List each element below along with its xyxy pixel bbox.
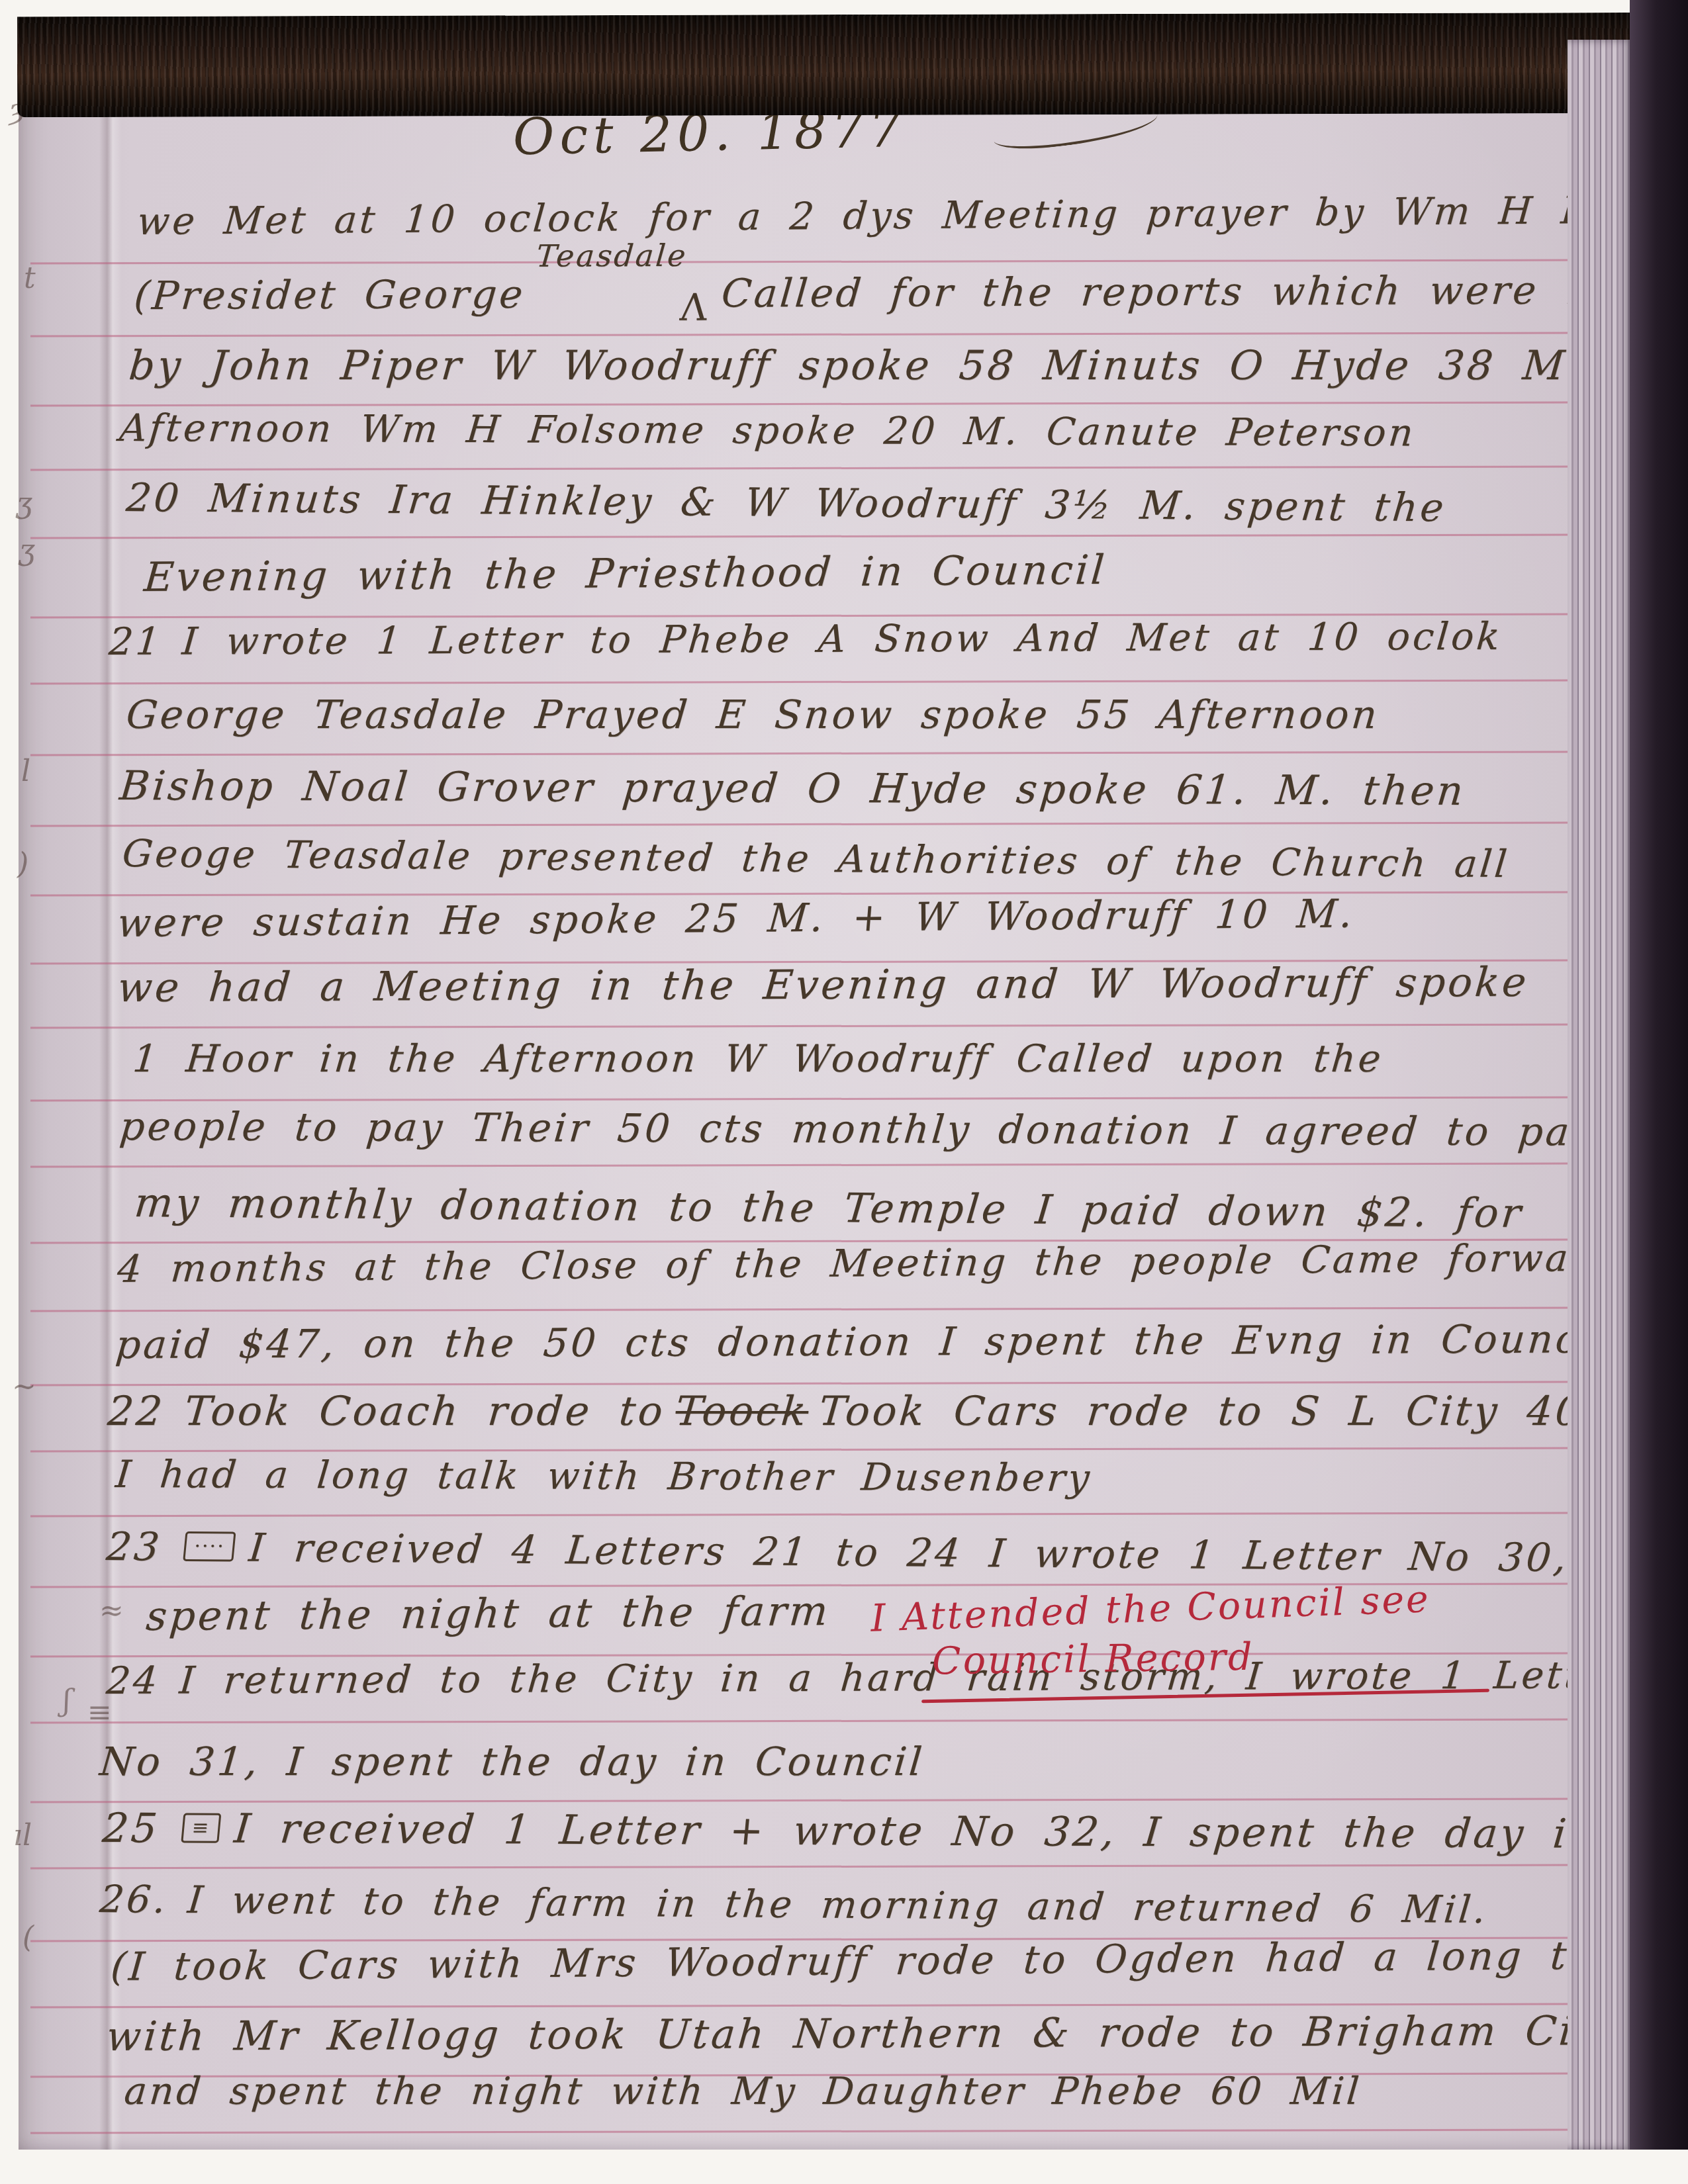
entry-symbol-box: ···· <box>183 1531 236 1562</box>
journal-line-19: I had a long talk with Brother Dusenbery <box>114 1453 1094 1500</box>
journal-line-11: were sustain He spoke 25 M. + W Woodruff… <box>116 891 1356 946</box>
margin-mark: ~ <box>12 1370 36 1404</box>
line-text: 1 Hoor in the Afternoon W Woodruff Calle… <box>131 1037 1385 1081</box>
journal-line-13: 1 Hoor in the Afternoon W Woodruff Calle… <box>131 1037 1385 1081</box>
line-text: with Mr Kellogg took Utah Northern & rod… <box>105 2007 1621 2060</box>
line-text: Called for the reports which were read <box>720 267 1668 316</box>
entry-day-number: 21 <box>107 620 164 664</box>
line-text: people to pay Their 50 cts monthly donat… <box>118 1103 1599 1155</box>
journal-line-8: George Teasdale Prayed E Snow spoke 55 A… <box>124 692 1382 737</box>
journal-line-4: Afternoon Wm H Folsome spoke 20 M. Canut… <box>118 406 1418 455</box>
journal-line-2: (Presidet GeorgeTeasdaleΛCalled for the … <box>132 267 1668 318</box>
red-annotation-line2: Council Record <box>932 1635 1254 1684</box>
journal-line-24: 25≡I received 1 Letter + wrote No 32, I … <box>101 1805 1688 1858</box>
inserted-word: Teasdale <box>535 238 689 274</box>
margin-mark: ≡ <box>87 1696 112 1729</box>
margin-mark: ʃ <box>63 1684 71 1718</box>
journal-line-17: paid $47, on the 50 cts donation I spent… <box>114 1316 1613 1367</box>
line-text: I wrote 1 Letter to Phebe A Snow And Met… <box>181 615 1504 664</box>
line-text: paid $47, on the 50 cts donation I spent… <box>114 1316 1613 1367</box>
entry-day-number: 26. <box>98 1878 170 1922</box>
line-text: spent the night at the farm <box>144 1588 832 1640</box>
line-text: and spent the night with My Daughter Phe… <box>122 2070 1364 2113</box>
line-text: I received 1 Letter + wrote No 32, I spe… <box>232 1805 1688 1858</box>
margin-mark: ʒ <box>19 533 35 567</box>
journal-line-27: with Mr Kellogg took Utah Northern & rod… <box>105 2007 1621 2060</box>
journal-line-18: 22Took Coach rode toToockTook Cars rode … <box>106 1388 1601 1435</box>
journal-line-23: No 31, I spent the day in Council <box>98 1739 926 1784</box>
line-text: Bishop Noal Grover prayed O Hyde spoke 6… <box>118 762 1468 815</box>
scanner-background <box>0 2150 1688 2184</box>
line-text: Afternoon Wm H Folsome spoke 20 M. Canut… <box>118 406 1418 455</box>
journal-line-12: we had a Meeting in the Evening and W Wo… <box>116 959 1530 1011</box>
line-text: we had a Meeting in the Evening and W Wo… <box>116 959 1530 1011</box>
margin-mark: l <box>21 754 30 788</box>
entry-day-number: 23 <box>105 1524 164 1570</box>
margin-mark: ʒ <box>16 486 32 520</box>
line-text: No 31, I spent the day in Council <box>98 1739 926 1784</box>
journal-line-22: 24I returned to the City in a hard rain … <box>105 1653 1630 1703</box>
line-text: Took Cars rode to S L City 40. <box>817 1388 1601 1435</box>
insertion-caret: Λ <box>679 287 712 330</box>
entry-day-number: 25 <box>101 1805 162 1852</box>
journal-line-7: 21I wrote 1 Letter to Phebe A Snow And M… <box>107 615 1504 664</box>
margin-mark: ≈ <box>99 1594 124 1627</box>
book-binding-top <box>17 13 1688 118</box>
line-text: were sustain He spoke 25 M. + W Woodruff… <box>116 891 1356 946</box>
journal-line-9: Bishop Noal Grover prayed O Hyde spoke 6… <box>118 762 1468 815</box>
journal-line-14: people to pay Their 50 cts monthly donat… <box>118 1103 1599 1155</box>
line-text: George Teasdale Prayed E Snow spoke 55 A… <box>124 692 1382 737</box>
struck-word: Toock <box>674 1388 811 1435</box>
line-text: Took Coach rode to <box>183 1388 667 1435</box>
journal-line-28: and spent the night with My Daughter Phe… <box>122 2070 1364 2113</box>
entry-day-number: 24 <box>105 1659 162 1703</box>
margin-mark: t <box>24 261 36 295</box>
book-cover-right <box>1630 0 1688 2184</box>
line-text: Evening with the Priesthood in Council <box>142 547 1109 601</box>
journal-line-6: Evening with the Priesthood in Council <box>142 547 1109 601</box>
entry-day-number: 22 <box>106 1388 167 1435</box>
journal-line-3: by John Piper W Woodruff spoke 58 Minuts… <box>127 342 1569 389</box>
journal-line-21: spent the night at the farm <box>144 1588 832 1640</box>
page-edges-right <box>1568 40 1632 2150</box>
margin-mark: ) <box>17 847 28 881</box>
line-text: by John Piper W Woodruff spoke 58 Minuts… <box>127 342 1569 389</box>
margin-mark: ıl <box>13 1819 32 1852</box>
margin-mark: ( <box>23 1921 34 1954</box>
entry-symbol-box: ≡ <box>181 1813 221 1843</box>
line-text: I returned to the City in a hard rain st… <box>178 1653 1630 1702</box>
line-text: (Presidet George <box>132 271 527 318</box>
line-text: I had a long talk with Brother Dusenbery <box>114 1453 1094 1500</box>
